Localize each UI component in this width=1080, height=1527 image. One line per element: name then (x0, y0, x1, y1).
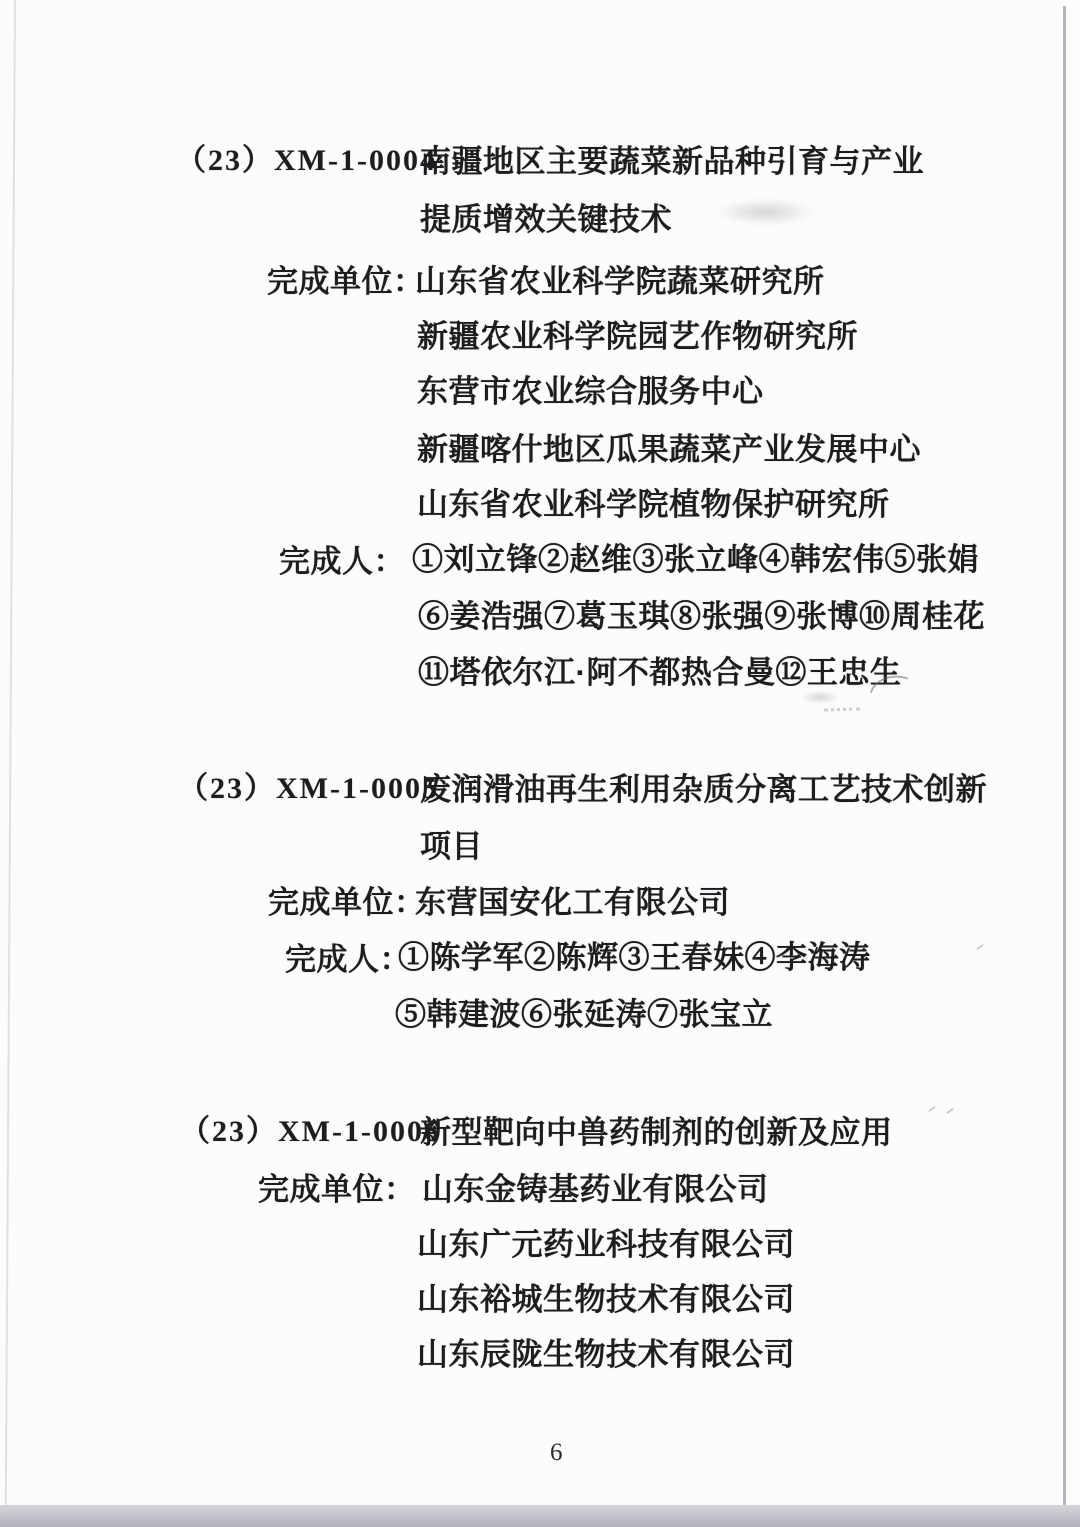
unit-name: 东营国安化工有限公司 (415, 887, 730, 918)
persons-line: ①刘立锋②赵维③张立峰④韩宏伟⑤张娟 (412, 544, 979, 575)
unit-name: 新疆农业科学院园艺作物研究所 (417, 321, 858, 352)
persons-line: ⑪塔依尔江·阿不都热合曼⑫王忠生 (418, 657, 901, 688)
unit-name: 山东金铸基药业有限公司 (422, 1174, 769, 1205)
units-label: 完成单位： (267, 266, 425, 297)
scan-tick-mark (976, 944, 984, 950)
unit-name: 东营市农业综合服务中心 (417, 376, 764, 407)
persons-label: 完成人： (285, 944, 411, 975)
unit-name: 山东辰陇生物技术有限公司 (417, 1339, 795, 1370)
unit-name: 新疆喀什地区瓜果蔬菜产业发展中心 (417, 434, 921, 465)
units-label: 完成单位： (258, 1174, 416, 1205)
unit-name: 山东省农业科学院蔬菜研究所 (415, 266, 825, 297)
scan-dash-mark (824, 707, 860, 711)
project-code: （23）XM-1-0004 (176, 146, 437, 176)
persons-line: ⑥姜浩强⑦葛玉琪⑧张强⑨张博⑩周桂花 (418, 601, 985, 632)
project-title-line: 新型靶向中兽药制剂的创新及应用 (420, 1117, 893, 1148)
page-right-edge (1063, 6, 1066, 1506)
project-code: （23）XM-1-0006 (180, 1117, 441, 1147)
page-right-gutter (1066, 0, 1080, 1527)
units-label: 完成单位： (268, 887, 426, 918)
project-title-line: 项目 (420, 831, 483, 862)
scan-smudge (716, 198, 816, 226)
scan-tick-mark (928, 1106, 936, 1112)
unit-name: 山东广元药业科技有限公司 (417, 1229, 795, 1260)
page-bottom-edge (0, 1505, 1080, 1527)
scan-smudge (800, 690, 840, 704)
persons-label: 完成人： (279, 546, 405, 577)
project-title-line: 南疆地区主要蔬菜新品种引育与产业 (420, 146, 924, 177)
project-title-line: 废润滑油再生利用杂质分离工艺技术创新 (420, 774, 987, 805)
page-left-edge (5, 0, 16, 1527)
page-number: 6 (550, 1440, 563, 1465)
project-code: （23）XM-1-0005 (178, 774, 439, 804)
unit-name: 山东裕城生物技术有限公司 (417, 1284, 795, 1315)
unit-name: 山东省农业科学院植物保护研究所 (417, 489, 890, 520)
persons-line: ⑤韩建波⑥张延涛⑦张宝立 (395, 999, 773, 1030)
persons-line: ①陈学军②陈辉③王春妹④李海涛 (398, 942, 871, 973)
scan-tick-mark (946, 1108, 954, 1114)
project-title-line: 提质增效关键技术 (420, 204, 672, 235)
scanned-page: （23）XM-1-0004 南疆地区主要蔬菜新品种引育与产业 提质增效关键技术 … (0, 0, 1080, 1527)
